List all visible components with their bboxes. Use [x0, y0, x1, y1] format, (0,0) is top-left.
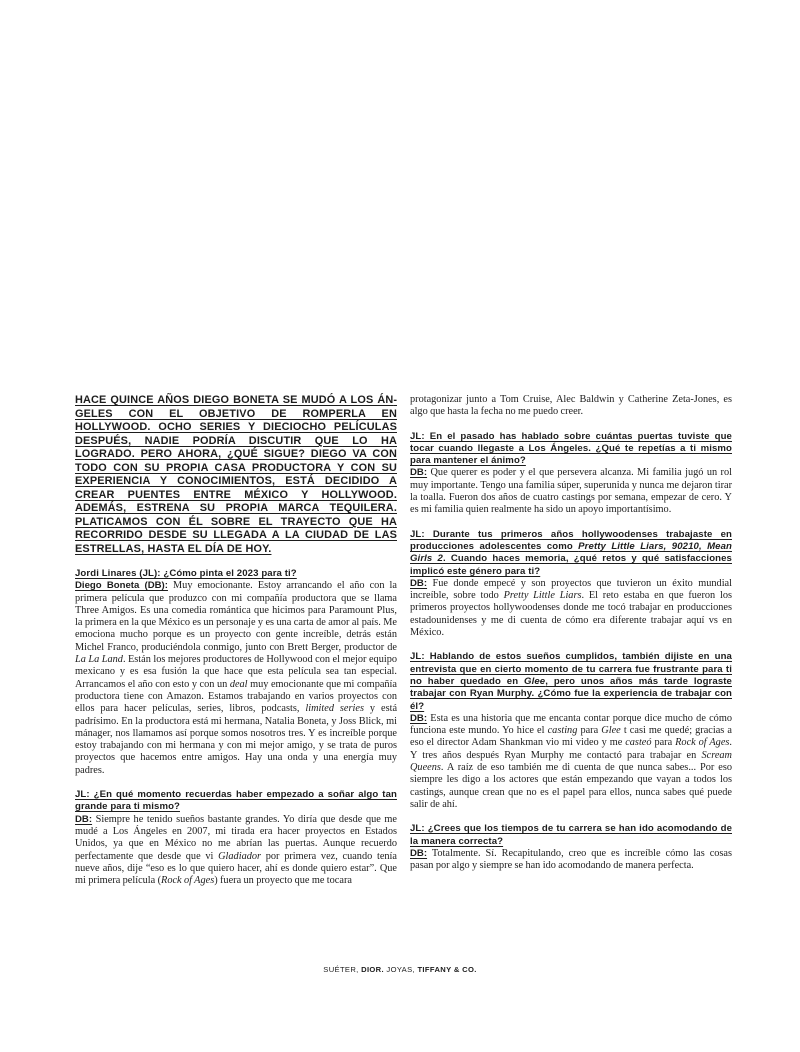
text-segment: protagonizar junto a Tom Cruise, Alec Ba…	[410, 394, 732, 417]
answer-paragraph: DB: Que querer es poder y el que perseve…	[410, 467, 732, 516]
question-paragraph: JL: ¿En qué momento recuerdas haber empe…	[75, 789, 397, 814]
fashion-credits: SUÉTER, DIOR. JOYAS, TIFFANY & CO.	[0, 965, 800, 974]
italic-title-segment: Glee	[524, 676, 545, 687]
italic-title-segment: limited series	[305, 703, 364, 714]
question-paragraph: JL: En el pasado has hablado sobre cuánt…	[410, 431, 732, 468]
question-paragraph: JL: Hablando de estos sueños cumplidos, …	[410, 651, 732, 712]
speaker-label: DB:	[410, 848, 427, 859]
credit-item: SUÉTER,	[323, 965, 361, 974]
right-column: protagonizar junto a Tom Cruise, Alec Ba…	[410, 394, 732, 887]
question-paragraph: Jordi Linares (JL): ¿Cómo pinta el 2023 …	[75, 568, 397, 580]
text-segment: ) fuera un proyecto que me tocara	[214, 875, 352, 886]
text-segment: Que querer es poder y el que persevera a…	[410, 467, 732, 515]
credit-brand: TIFFANY & CO.	[417, 965, 476, 974]
text-segment: para	[652, 737, 676, 748]
italic-title-segment: casteó	[625, 737, 651, 748]
magazine-page-body: { "colors": { "background": "#ffffff", "…	[0, 0, 800, 1052]
text-segment: . Cuando haces memoria, ¿qué retos y qué…	[410, 553, 732, 576]
answer-paragraph: DB: Fue donde empecé y son proyectos que…	[410, 578, 732, 639]
text-segment: JL: En el pasado has hablado sobre cuánt…	[410, 431, 732, 467]
speaker-label: DB:	[410, 467, 427, 478]
intro-paragraph: HACE QUINCE AÑOS DIEGO BONETA SE MUDÓ A …	[75, 394, 397, 556]
italic-title-segment: Rock of Ages	[675, 737, 729, 748]
text-segment: . A raíz de eso también me di cuenta de …	[410, 762, 732, 810]
article-columns: HACE QUINCE AÑOS DIEGO BONETA SE MUDÓ A …	[75, 394, 732, 887]
answer-paragraph: Diego Boneta (DB): Muy emocionante. Esto…	[75, 580, 397, 777]
question-paragraph: JL: Durante tus primeros años hollywoode…	[410, 529, 732, 578]
text-segment: HACE QUINCE AÑOS DIEGO BONETA SE MUDÓ A …	[75, 394, 397, 555]
left-column: HACE QUINCE AÑOS DIEGO BONETA SE MUDÓ A …	[75, 394, 397, 887]
italic-title-segment: casting	[548, 725, 578, 736]
credit-item: JOYAS,	[384, 965, 417, 974]
answer-paragraph: DB: Totalmente. Sí. Recapitulando, creo …	[410, 848, 732, 873]
text-segment: Jordi Linares (JL): ¿Cómo pinta el 2023 …	[75, 568, 297, 579]
italic-title-segment: La La Land	[75, 654, 123, 665]
question-paragraph: JL: ¿Crees que los tiempos de tu carrera…	[410, 823, 732, 848]
text-segment: Totalmente. Sí. Recapitulando, creo que …	[410, 848, 732, 871]
magazine-article-page: HACE QUINCE AÑOS DIEGO BONETA SE MUDÓ A …	[0, 0, 800, 1052]
text-segment: para	[577, 725, 601, 736]
answer-paragraph: DB: Siempre he tenido sueños bastante gr…	[75, 814, 397, 888]
italic-title-segment: Pretty Little Liars	[504, 590, 582, 601]
credit-brand: DIOR.	[361, 965, 384, 974]
answer-paragraph: DB: Esta es una historia que me encanta …	[410, 713, 732, 811]
text-segment: JL: ¿En qué momento recuerdas haber empe…	[75, 789, 397, 812]
italic-title-segment: Gladiador	[218, 851, 261, 862]
italic-title-segment: deal	[230, 679, 248, 690]
speaker-label: DB:	[410, 578, 427, 589]
body-paragraph: protagonizar junto a Tom Cruise, Alec Ba…	[410, 394, 732, 419]
speaker-label: DB:	[75, 814, 92, 825]
italic-title-segment: Rock of Ages	[161, 875, 214, 886]
speaker-label: DB:	[410, 713, 427, 724]
speaker-label: Diego Boneta (DB):	[75, 580, 168, 591]
italic-title-segment: Glee	[601, 725, 620, 736]
text-segment: JL: ¿Crees que los tiempos de tu carrera…	[410, 823, 732, 846]
